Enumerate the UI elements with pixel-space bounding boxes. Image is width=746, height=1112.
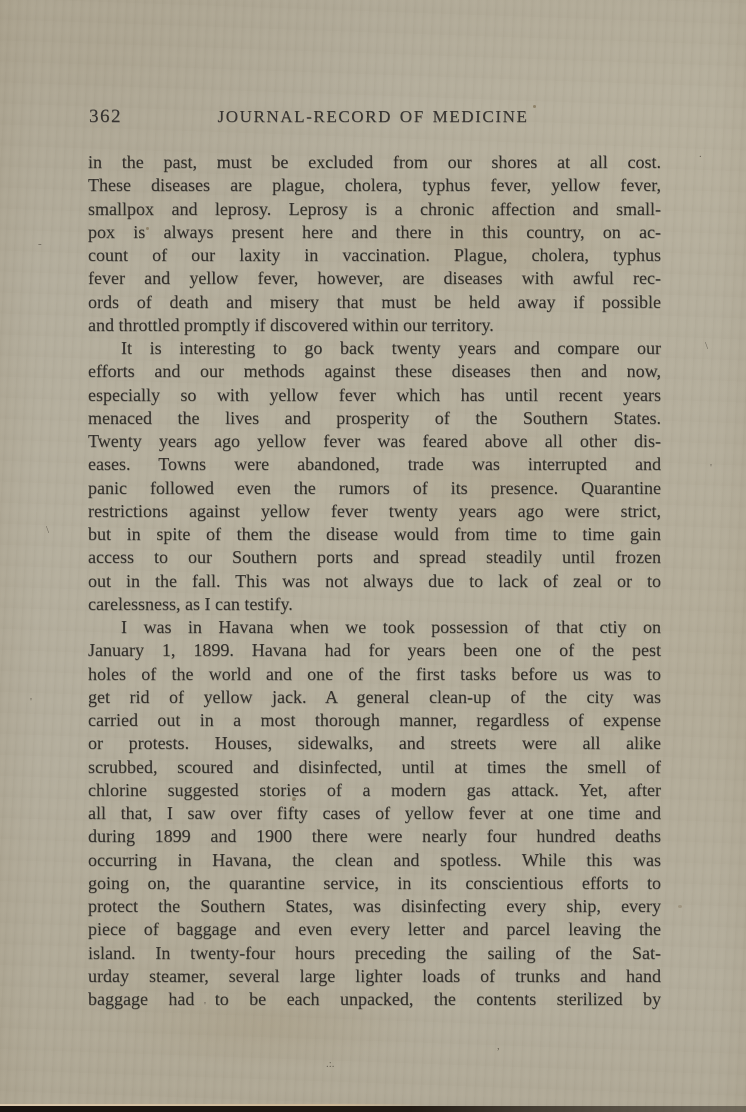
- text-line: These diseases are plague, cholera, typh…: [88, 174, 661, 197]
- dirt-mark: ': [30, 696, 32, 708]
- text-line: menaced the lives and prosperity of the …: [88, 407, 661, 430]
- text-line: especially so with yellow fever which ha…: [88, 384, 661, 407]
- text-line: access to our Southern ports and spread …: [88, 546, 661, 569]
- dirt-mark: -: [38, 238, 42, 250]
- text-line: chlorine suggested stories of a modern g…: [88, 779, 661, 802]
- text-line: ords of death and misery that must be he…: [88, 291, 661, 314]
- text-line: protect the Southern States, was disinfe…: [88, 895, 661, 918]
- text-line: Twenty years ago yellow fever was feared…: [88, 430, 661, 453]
- dirt-mark: ,: [497, 1040, 500, 1052]
- text-line: smallpox and leprosy. Leprosy is a chron…: [88, 198, 661, 221]
- text-line: all that, I saw over fifty cases of yell…: [88, 802, 661, 825]
- text-line: baggage had to be each unpacked, the con…: [88, 988, 661, 1011]
- text-line: get rid of yellow jack. A general clean-…: [88, 686, 661, 709]
- ink-speck: [636, 742, 639, 745]
- text-line: occurring in Havana, the clean and spotl…: [88, 849, 661, 872]
- ink-speck: [678, 905, 682, 908]
- text-line: out in the fall. This was not always due…: [88, 570, 661, 593]
- text-line: going on, the quarantine service, in its…: [88, 872, 661, 895]
- text-line: in the past, must be excluded from our s…: [88, 151, 661, 174]
- text-line: or protests. Houses, sidewalks, and stre…: [88, 732, 661, 755]
- text-line: restrictions against yellow fever twenty…: [88, 500, 661, 523]
- dirt-mark: \: [46, 524, 49, 536]
- text-line: fever and yellow fever, however, are dis…: [88, 267, 661, 290]
- text-line: efforts and our methods against these di…: [88, 360, 661, 383]
- running-head: 362 JOURNAL-RECORD OF MEDICINE: [0, 106, 746, 130]
- page-text: in the past, must be excluded from our s…: [88, 151, 661, 1011]
- text-line: but in spite of them the disease would f…: [88, 523, 661, 546]
- dirt-mark: ': [710, 462, 712, 474]
- text-line: I was in Havana when we took possession …: [88, 616, 661, 639]
- text-line: count of our laxity in vaccination. Plag…: [88, 244, 661, 267]
- dirt-mark: ': [204, 1000, 206, 1012]
- dirt-mark: .: [699, 148, 702, 160]
- text-line: island. In twenty-four hours preceding t…: [88, 942, 661, 965]
- journal-title: JOURNAL-RECORD OF MEDICINE: [0, 107, 746, 127]
- ink-speck: [533, 105, 536, 108]
- text-line: eases. Towns were abandoned, trade was i…: [88, 453, 661, 476]
- text-line: pox is always present here and there in …: [88, 221, 661, 244]
- text-line: urday steamer, several large lighter loa…: [88, 965, 661, 988]
- text-line: scrubbed, scoured and disinfected, until…: [88, 756, 661, 779]
- scan-bottom-edge: [0, 1106, 746, 1112]
- ink-speck: [292, 797, 296, 801]
- text-line: carried out in a most thorough manner, r…: [88, 709, 661, 732]
- dirt-mark: .:.: [326, 1058, 335, 1070]
- dirt-mark: \: [705, 340, 708, 352]
- scanned-book-page: 362 JOURNAL-RECORD OF MEDICINE in the pa…: [0, 0, 746, 1112]
- text-line: and throttled promptly if discovered wit…: [88, 314, 661, 337]
- text-line: January 1, 1899. Havana had for years be…: [88, 639, 661, 662]
- ink-speck: [146, 227, 149, 230]
- text-line: during 1899 and 1900 there were nearly f…: [88, 825, 661, 848]
- text-line: piece of baggage and even every letter a…: [88, 918, 661, 941]
- text-line: carelessness, as I can testify.: [88, 593, 661, 616]
- text-line: holes of the world and one of the first …: [88, 663, 661, 686]
- text-line: panic followed even the rumors of its pr…: [88, 477, 661, 500]
- text-line: It is interesting to go back twenty year…: [88, 337, 661, 360]
